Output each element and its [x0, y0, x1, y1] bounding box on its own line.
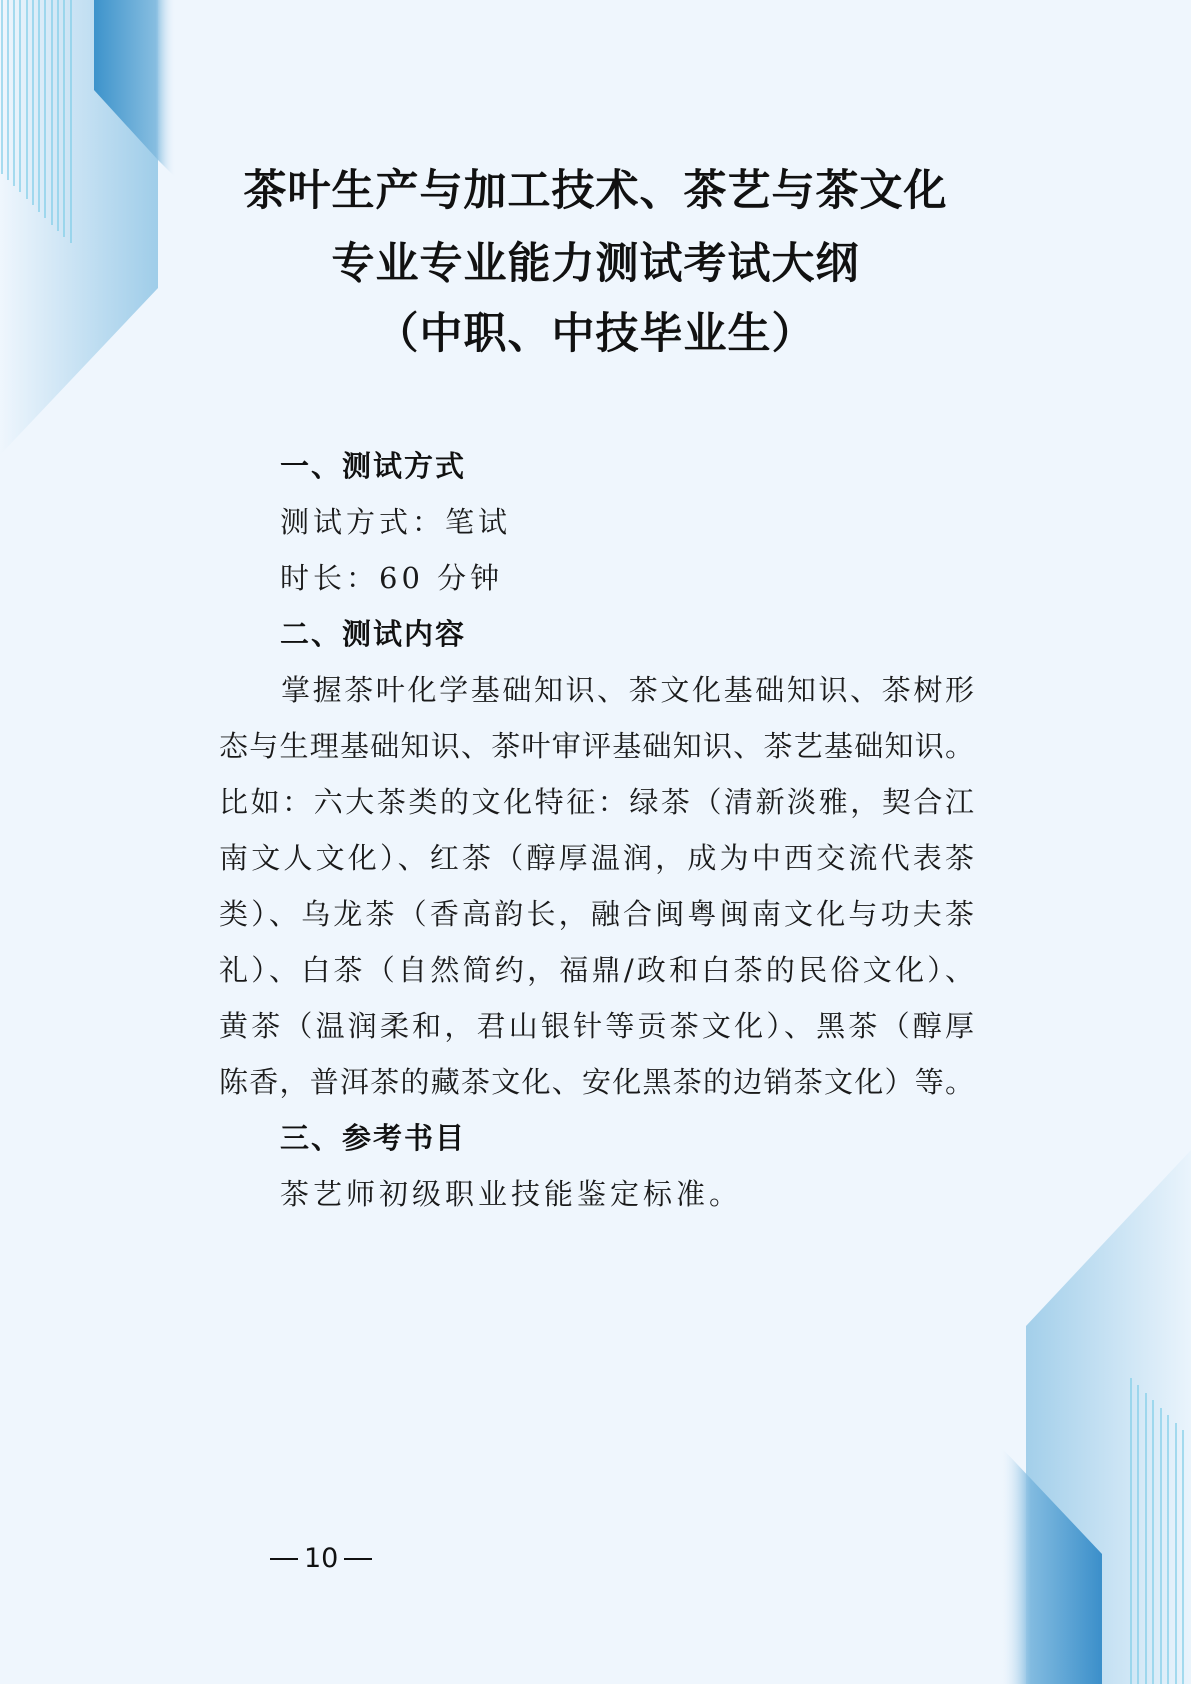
paragraph-line: 礼）、白茶（自然简约，福鼎/政和白茶的民俗文化）、 — [219, 942, 974, 998]
paragraph-line: 黄茶（温润柔和，君山银针等贡茶文化）、黑茶（醇厚 — [219, 998, 974, 1054]
section-heading-test-method: 一、测试方式 — [280, 452, 466, 481]
section-heading-test-content: 二、测试内容 — [280, 620, 466, 649]
paragraph-line: 南文人文化）、红茶（醇厚温润，成为中西交流代表茶 — [219, 830, 974, 886]
title-line-3: （中职、中技毕业生） — [0, 313, 1191, 356]
duration-line: 时长：60 分钟 — [280, 564, 503, 593]
paragraph-line: 掌握茶叶化学基础知识、茶文化基础知识、茶树形 — [219, 662, 974, 718]
test-content-paragraph: 掌握茶叶化学基础知识、茶文化基础知识、茶树形 态与生理基础知识、茶叶审评基础知识… — [219, 662, 974, 1110]
paragraph-line: 陈香，普洱茶的藏茶文化、安化黑茶的边销茶文化）等。 — [219, 1054, 974, 1110]
title-line-1: 茶叶生产与加工技术、茶艺与茶文化 — [0, 170, 1191, 213]
title-line-2: 专业专业能力测试考试大纲 — [0, 243, 1191, 286]
paragraph-line: 类）、乌龙茶（香高韵长，融合闽粤闽南文化与功夫茶 — [219, 886, 974, 942]
reference-line: 茶艺师初级职业技能鉴定标准。 — [280, 1180, 742, 1209]
paragraph-line: 态与生理基础知识、茶叶审评基础知识、茶艺基础知识。 — [219, 718, 974, 774]
paragraph-line: 比如：六大茶类的文化特征：绿茶（清新淡雅，契合江 — [219, 774, 974, 830]
dash-right — [344, 1558, 372, 1560]
page-number-value: 10 — [304, 1545, 338, 1572]
page-number: 10 — [270, 1545, 372, 1572]
document-page: 茶叶生产与加工技术、茶艺与茶文化 专业专业能力测试考试大纲 （中职、中技毕业生）… — [0, 0, 1191, 1684]
test-method-line: 测试方式：笔试 — [280, 508, 511, 537]
section-heading-references: 三、参考书目 — [280, 1124, 466, 1153]
dash-left — [270, 1558, 298, 1560]
